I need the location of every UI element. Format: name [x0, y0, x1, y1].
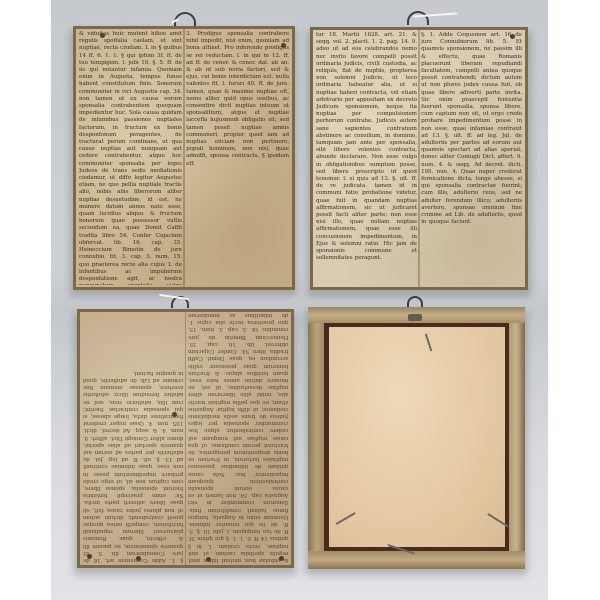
column-gutter	[183, 29, 185, 287]
hanging-clip-icon	[408, 314, 422, 321]
printed-text-column-right: 3. Prodigus sponsalia contrahere nihil i…	[186, 31, 289, 285]
backing-board	[329, 327, 505, 547]
frame-back-top-right: tur 18. Martii 1628. art. 21. & seqq. vo…	[310, 27, 528, 290]
tack-icon	[510, 34, 515, 39]
tack-icon	[100, 33, 105, 38]
printed-text-column-left: & viduitas huic mutent hilioe amit regul…	[79, 31, 182, 285]
frame-rail-bottom	[308, 551, 525, 569]
frame-back-top-left: & viduitas huic mutent hilioe amit regul…	[73, 26, 295, 290]
frame-back-bottom-right	[308, 307, 525, 569]
tack-icon	[87, 554, 92, 559]
printed-text-column-left-inverted: §. 1. Adde Coquemon art. 16 de jure Conn…	[83, 314, 183, 563]
printed-text-column-right-inverted: & viduitas huic mutent hilioe amit regul…	[188, 314, 288, 563]
frame-back-bottom-left: §. 1. Adde Coquemon art. 16 de jure Conn…	[77, 309, 294, 568]
tack-icon	[279, 556, 284, 561]
wire-hanger-icon	[407, 11, 429, 25]
tack-icon	[136, 556, 141, 561]
printed-text-column-left: tur 18. Martii 1628. art. 21. & seqq. vo…	[316, 32, 417, 285]
tack-icon	[206, 557, 211, 562]
column-gutter	[185, 312, 187, 565]
printed-text-column-right: §. 1. Adde Coquemon art. 16 de jure Conn…	[421, 32, 522, 285]
tack-icon	[172, 412, 177, 417]
column-gutter	[418, 30, 420, 287]
tack-icon	[281, 43, 286, 48]
